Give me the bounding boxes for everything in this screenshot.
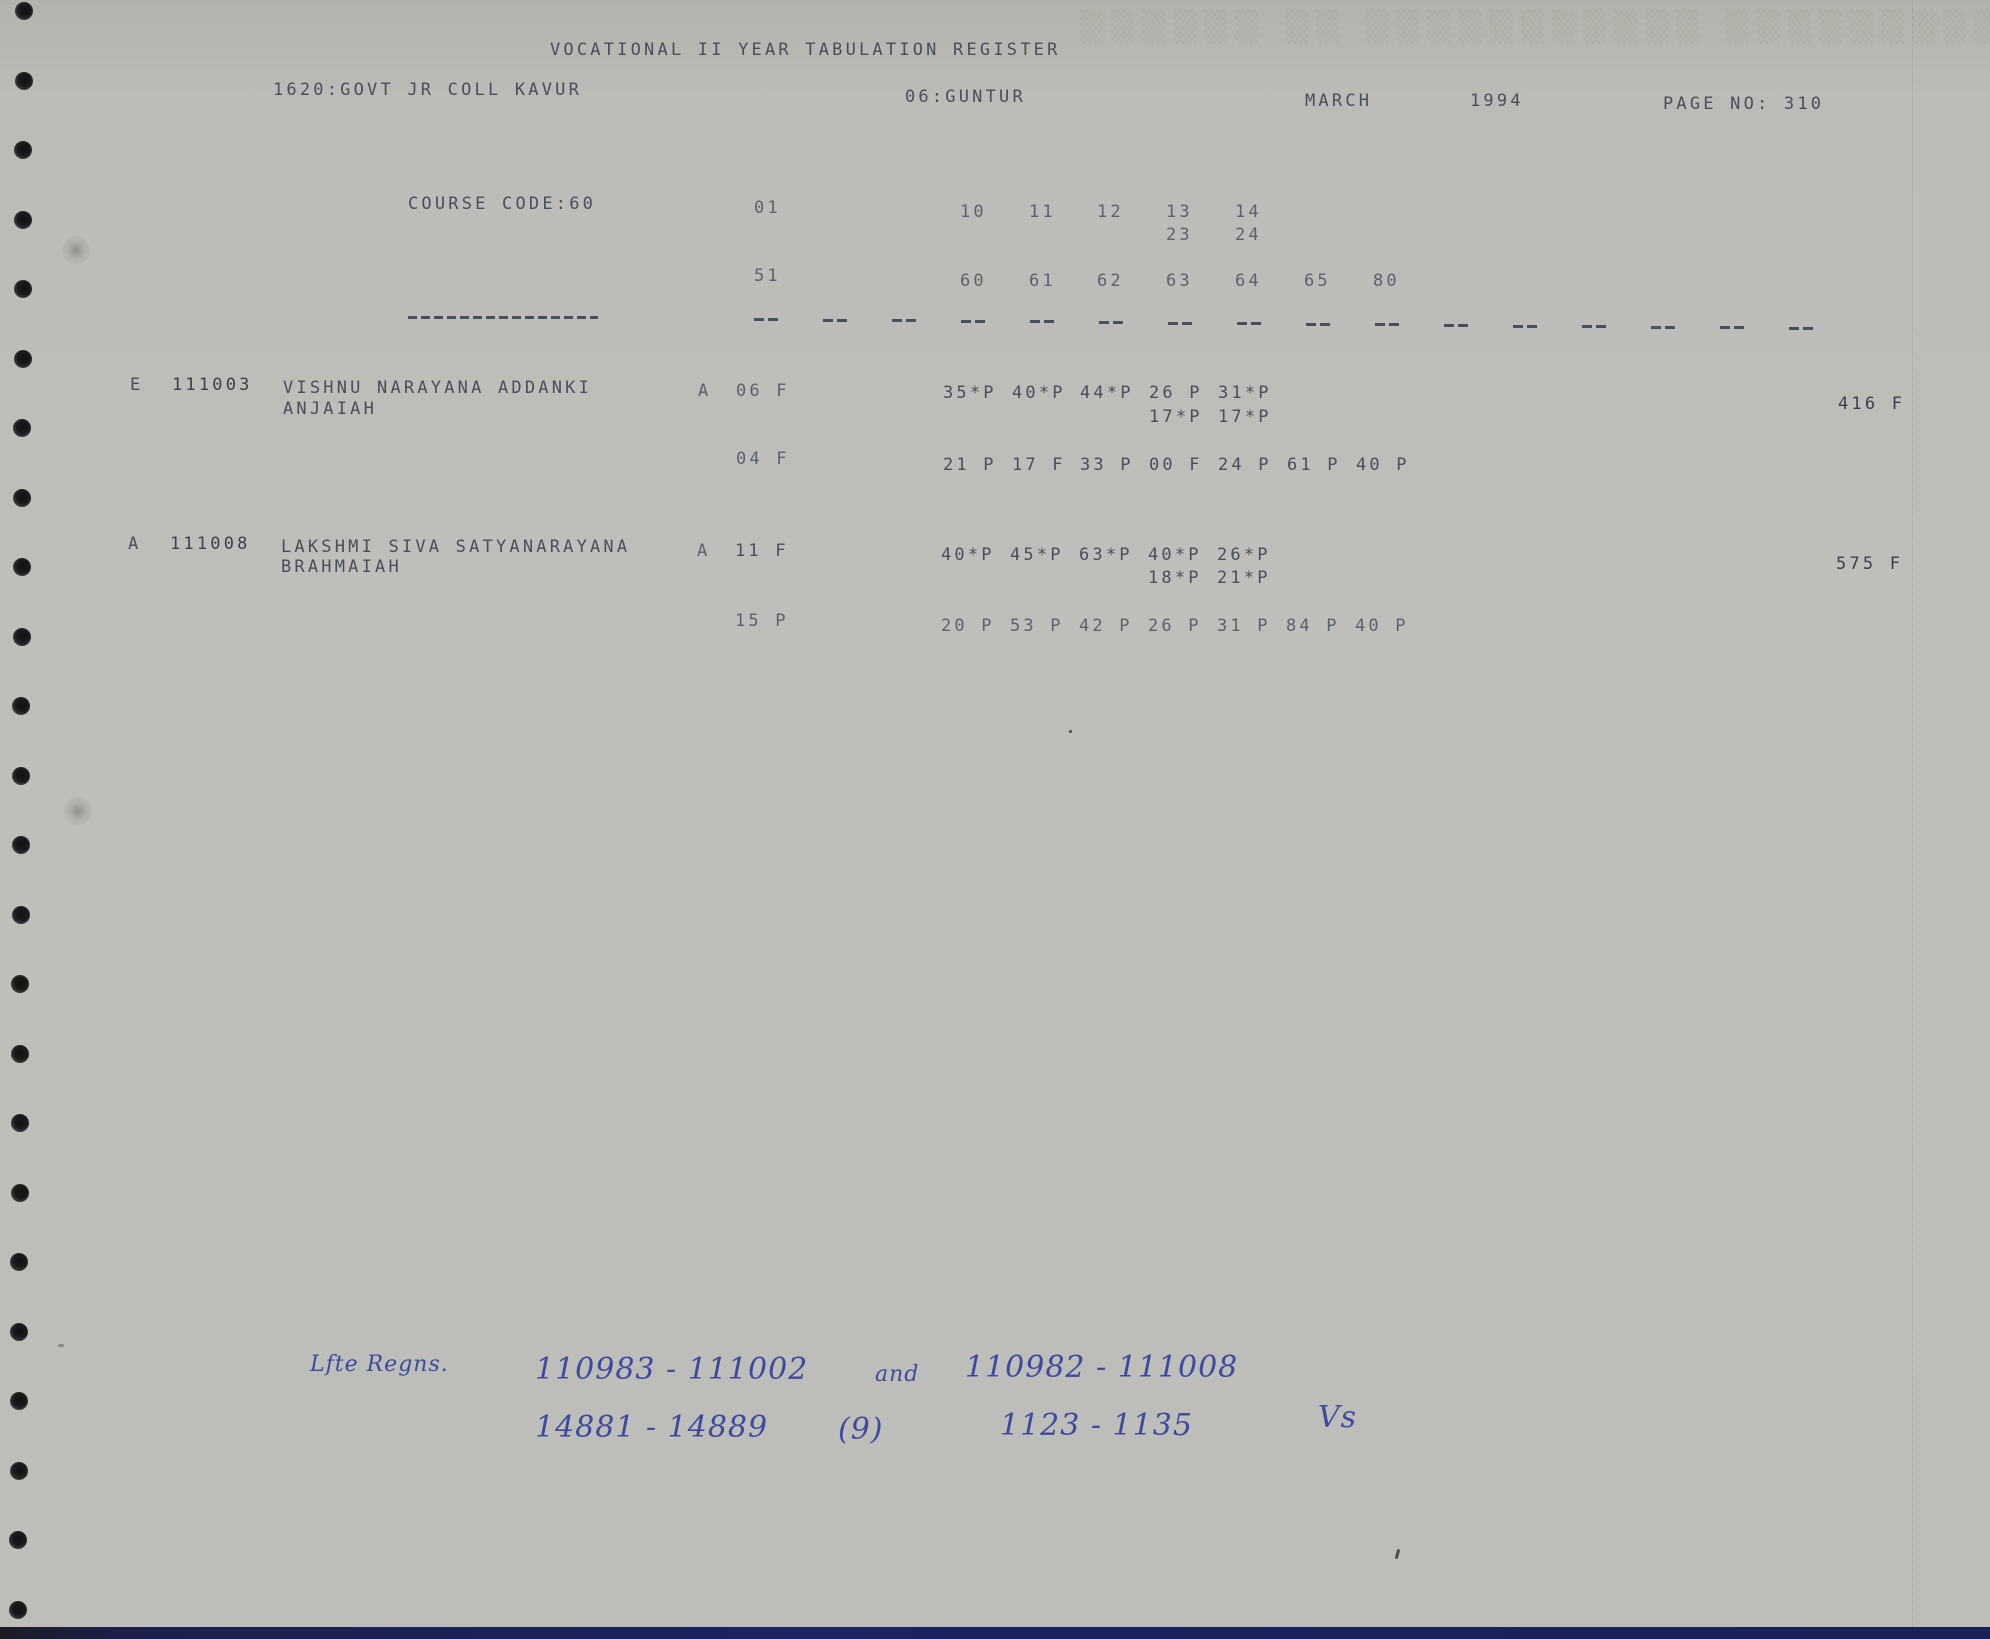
mark: 40*P xyxy=(1012,383,1066,403)
part1-result: 11 F xyxy=(735,541,789,561)
college-name: 1620:GOVT JR COLL KAVUR xyxy=(273,80,582,100)
binding-hole xyxy=(15,72,33,90)
binding-hole xyxy=(14,211,32,229)
binding-hole xyxy=(12,836,30,854)
smudge-mark xyxy=(64,797,92,825)
part1-result: 06 F xyxy=(736,381,790,401)
binding-hole xyxy=(10,1462,28,1480)
binding-hole xyxy=(14,280,32,298)
separator-dash xyxy=(1651,326,1675,329)
mark: 20 P xyxy=(941,616,995,636)
separator-dash xyxy=(1375,323,1399,326)
mark: 40*P xyxy=(941,545,995,565)
col-header: 64 xyxy=(1235,271,1262,291)
binding-hole xyxy=(9,1601,27,1619)
binding-hole xyxy=(13,489,31,507)
roll-number: 111003 xyxy=(172,375,253,395)
col-header: 62 xyxy=(1097,271,1124,291)
grand-total: 416 F xyxy=(1838,394,1905,414)
register-page: ▒▒▒▒▒▒ ▒▒ ▒▒▒▒▒▒▒▒▒▒▒ ▒▒▒▒▒▒▒▒▒ VOCATION… xyxy=(0,0,1990,1627)
binding-hole xyxy=(11,975,29,993)
student-name-cont: ANJAIAH xyxy=(283,399,377,419)
mark: 40 P xyxy=(1356,455,1410,475)
mark: 26 P xyxy=(1149,383,1203,403)
binding-hole xyxy=(13,558,31,576)
separator-dash xyxy=(1513,325,1537,328)
record-marker: E xyxy=(130,375,143,395)
mark: 84 P xyxy=(1286,616,1340,636)
separator-dash xyxy=(1030,320,1054,323)
separator-dash xyxy=(1306,323,1330,326)
exam-month: MARCH xyxy=(1305,91,1372,111)
binding-hole xyxy=(13,419,31,437)
note-range: 110983 - 111002 xyxy=(535,1352,808,1387)
mark: 21*P xyxy=(1217,568,1271,588)
binding-hole xyxy=(12,697,30,715)
mark: 18*P xyxy=(1148,568,1202,588)
col-header: 65 xyxy=(1304,271,1331,291)
perforation-line xyxy=(1912,0,1913,1627)
col-header: 60 xyxy=(960,271,987,291)
binding-hole xyxy=(11,1045,29,1063)
medium-code: A xyxy=(697,541,710,561)
col-subheader: 24 xyxy=(1235,225,1262,245)
col-header: 14 xyxy=(1235,202,1262,222)
desk-background xyxy=(0,1627,1990,1639)
binding-hole xyxy=(9,1531,27,1549)
binding-hole xyxy=(10,1253,28,1271)
binding-hole xyxy=(11,1184,29,1202)
mark: 24 P xyxy=(1218,455,1272,475)
course-code: COURSE CODE:60 xyxy=(408,194,596,214)
mark: 35*P xyxy=(943,383,997,403)
binding-hole xyxy=(13,628,31,646)
col-header-51: 51 xyxy=(754,266,781,286)
separator-dash xyxy=(1444,324,1468,327)
bleed-through-text: ▒▒▒▒▒▒ ▒▒ ▒▒▒▒▒▒▒▒▒▒▒ ▒▒▒▒▒▒▒▒▒ xyxy=(1080,10,1990,45)
mark: 44*P xyxy=(1080,383,1134,403)
mark: 17 F xyxy=(1012,455,1066,475)
mark: 63*P xyxy=(1079,545,1133,565)
col-header: 10 xyxy=(960,202,987,222)
binding-hole xyxy=(15,2,33,20)
mark: 42 P xyxy=(1079,616,1133,636)
mark: 31 P xyxy=(1217,616,1271,636)
note-range: 110982 - 111008 xyxy=(965,1350,1238,1385)
mark: 40 P xyxy=(1355,616,1409,636)
separator-dash xyxy=(1720,326,1744,329)
binding-hole xyxy=(14,141,32,159)
col-header: 13 xyxy=(1166,202,1193,222)
mark: 00 F xyxy=(1149,455,1203,475)
note-range: 1123 - 1135 xyxy=(1000,1408,1193,1443)
mark: 40*P xyxy=(1148,545,1202,565)
separator-dash xyxy=(892,319,916,322)
district-name: 06:GUNTUR xyxy=(905,87,1026,107)
col-header: 12 xyxy=(1097,202,1124,222)
binding-hole xyxy=(10,1323,28,1341)
mark: 26 P xyxy=(1148,616,1202,636)
binding-hole xyxy=(11,1114,29,1132)
student-name: VISHNU NARAYANA ADDANKI xyxy=(283,378,592,398)
separator-dash xyxy=(1582,325,1606,328)
col-header-01: 01 xyxy=(754,198,781,218)
col-header: 63 xyxy=(1166,271,1193,291)
mark: 21 P xyxy=(943,455,997,475)
separator-dash xyxy=(1168,322,1192,325)
binding-hole xyxy=(12,767,30,785)
note-label: Lfte Regns. xyxy=(310,1352,449,1377)
mark: 53 P xyxy=(1010,616,1064,636)
separator-dash xyxy=(961,320,985,323)
record-marker: A xyxy=(128,534,141,554)
binding-hole xyxy=(12,906,30,924)
note-connector: and xyxy=(875,1362,919,1387)
grand-total: 575 F xyxy=(1836,554,1903,574)
separator-dash xyxy=(1789,327,1813,330)
note-range: 14881 - 14889 xyxy=(535,1410,768,1445)
mark: 17*P xyxy=(1218,407,1272,427)
student-name-cont: BRAHMAIAH xyxy=(281,557,402,577)
part2-result: 04 F xyxy=(736,449,790,469)
col-header: 61 xyxy=(1029,271,1056,291)
page-number: PAGE NO: 310 xyxy=(1663,94,1824,114)
part2-result: 15 P xyxy=(735,611,789,631)
binding-hole xyxy=(14,350,32,368)
mark: 33 P xyxy=(1080,455,1134,475)
binding-hole xyxy=(10,1392,28,1410)
col-subheader: 23 xyxy=(1166,225,1193,245)
roll-number: 111008 xyxy=(170,534,251,554)
note-initials: Vs xyxy=(1318,1400,1357,1435)
smudge-mark xyxy=(62,236,90,264)
register-title: VOCATIONAL II YEAR TABULATION REGISTER xyxy=(550,40,1061,60)
ink-speck xyxy=(58,1344,64,1347)
col-header: 80 xyxy=(1373,271,1400,291)
mark: 45*P xyxy=(1010,545,1064,565)
student-name: LAKSHMI SIVA SATYANARAYANA xyxy=(281,537,630,557)
mark: 17*P xyxy=(1149,407,1203,427)
note-circled-count: (9) xyxy=(838,1412,884,1447)
exam-year: 1994 xyxy=(1470,91,1524,111)
medium-code: A xyxy=(698,381,711,401)
separator-dash xyxy=(1099,321,1123,324)
mark: 26*P xyxy=(1217,545,1271,565)
mark: 31*P xyxy=(1218,383,1272,403)
separator-long xyxy=(408,316,598,319)
separator-dash xyxy=(823,319,847,322)
ink-speck xyxy=(1069,730,1072,733)
separator-dash xyxy=(1237,322,1261,325)
separator-dash xyxy=(754,318,778,321)
mark: 61 P xyxy=(1287,455,1341,475)
col-header: 11 xyxy=(1029,202,1056,222)
ink-speck xyxy=(1395,1549,1400,1559)
